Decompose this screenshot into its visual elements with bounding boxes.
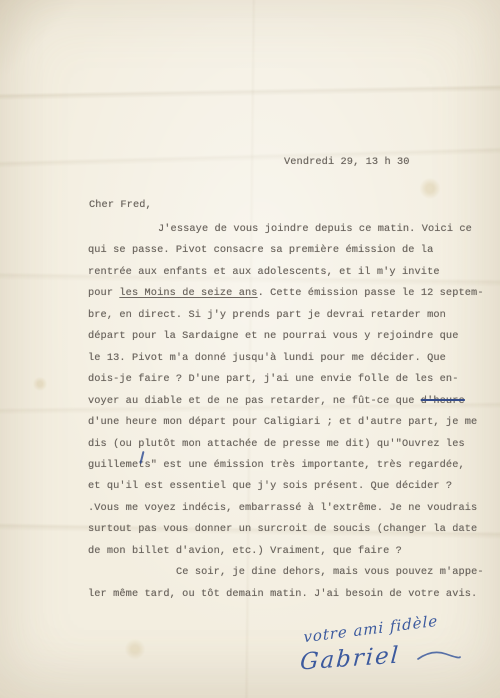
handwritten-closing: votre ami fidèle — [303, 612, 438, 647]
body-line: qui se passe. Pivot consacre sa première… — [88, 240, 493, 261]
body-line: le 13. Pivot m'a donné jusqu'à lundi pou… — [88, 348, 493, 369]
body-line: ler même tard, ou tôt demain matin. J'ai… — [88, 584, 493, 605]
body-line: bre, en direct. Si j'y prends part je de… — [88, 305, 493, 326]
body-line: Ce soir, je dine dehors, mais vous pouve… — [88, 562, 493, 583]
body-line: rentrée aux enfants et aux adolescents, … — [88, 262, 493, 283]
body-text: . Cette émission passe le 12 septem- — [258, 287, 484, 299]
salutation: Cher Fred, — [89, 199, 152, 211]
body-line: voyer au diable et de ne pas retarder, n… — [88, 391, 493, 412]
body-line: dis (ou plutôt mon attachée de presse me… — [88, 434, 493, 455]
body-text: voyer au diable et de ne pas retarder, n… — [88, 395, 421, 407]
underlined-show-title: les Moins de seize ans — [119, 287, 257, 299]
body-line: de mon billet d'avion, etc.) Vraiment, q… — [88, 541, 493, 562]
body-line: et qu'il est essentiel que j'y sois prés… — [88, 476, 493, 497]
body-line: d'une heure mon départ pour Caligiari ; … — [88, 412, 493, 433]
body-line: guillemets" est une émission très import… — [88, 455, 493, 476]
signature-flourish-stroke — [416, 648, 462, 669]
signature: Gabriel — [299, 642, 401, 675]
letter-date: Vendredi 29, 13 h 30 — [284, 156, 410, 168]
body-line: pour les Moins de seize ans. Cette émiss… — [88, 283, 493, 304]
body-line: J'essaye de vous joindre depuis ce matin… — [88, 219, 493, 240]
body-line: dois-je faire ? D'une part, j'ai une env… — [88, 369, 493, 390]
body-line: surtout pas vous donner un surcroit de s… — [88, 519, 493, 540]
struck-out-word: d'heure — [421, 395, 465, 407]
body-text: pour — [88, 287, 119, 299]
body-line: .Vous me voyez indécis, embarrassé à l'e… — [88, 498, 493, 519]
letter-body: J'essaye de vous joindre depuis ce matin… — [88, 219, 493, 605]
body-line: départ pour la Sardaigne et ne pourrai v… — [88, 326, 493, 347]
letter-page: Vendredi 29, 13 h 30 Cher Fred, J'essaye… — [0, 0, 500, 698]
